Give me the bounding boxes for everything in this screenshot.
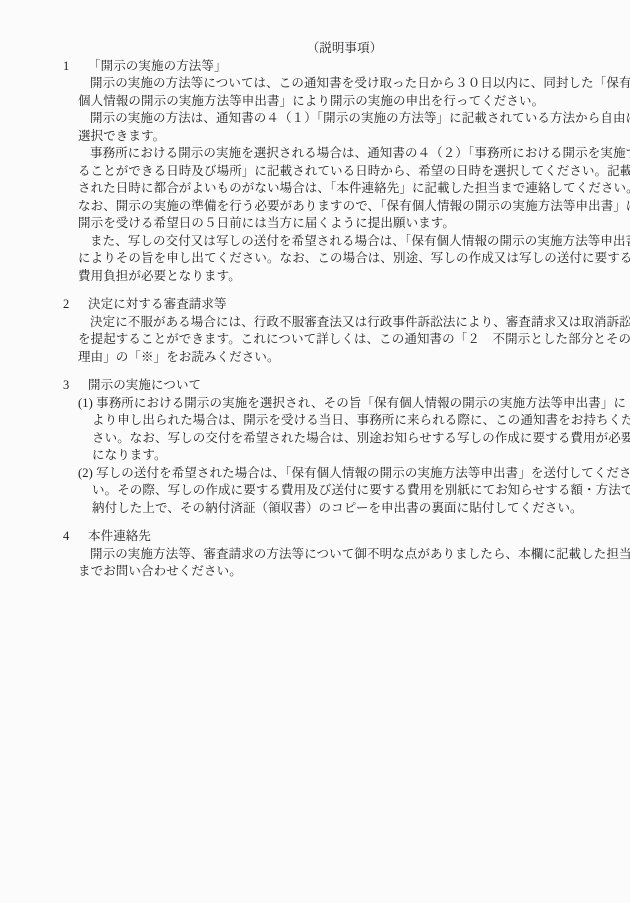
- body-line: 開示の実施の方法は、通知書の４（１）「開示の実施の方法等」に記載されている方法か…: [63, 110, 626, 128]
- section-heading-text: 本件連絡先: [88, 529, 151, 543]
- sections-container: 1「開示の実施の方法等」開示の実施の方法等については、この通知書を受け取った日か…: [63, 58, 626, 581]
- body-line: 開示の実施の方法等については、この通知書を受け取った日から３０日以内に、同封した…: [63, 75, 626, 93]
- section-heading-text: 決定に対する審査請求等: [88, 297, 227, 311]
- body-line: 個人情報の開示の実施方法等申出書」により開示の実施の申出を行ってください。: [63, 93, 626, 111]
- body-line: (2) 写しの送付を希望された場合は、「保有個人情報の開示の実施方法等申出書」を…: [63, 465, 626, 483]
- body-line: 開示を受ける希望日の５日前には当方に届くように提出願います。: [63, 215, 626, 233]
- document-content: （説明事項） 1「開示の実施の方法等」開示の実施の方法等については、この通知書を…: [63, 40, 626, 581]
- section-heading-text: 「開示の実施の方法等」: [88, 59, 227, 73]
- page-title: （説明事項）: [63, 40, 626, 58]
- body-line: を提起することができます。これについて詳しくは、この通知書の「２ 不開示とした部…: [63, 331, 626, 349]
- section-heading: 3開示の実施について: [63, 377, 626, 395]
- document-page: （説明事項） 1「開示の実施の方法等」開示の実施の方法等については、この通知書を…: [0, 0, 630, 903]
- section-number: 4: [63, 528, 88, 546]
- body-line: 事務所における開示の実施を選択される場合は、通知書の４（２）「事務所における開示…: [63, 145, 626, 163]
- body-line: なお、開示の実施の準備を行う必要がありますので、「保有個人情報の開示の実施方法等…: [63, 198, 626, 216]
- section-number: 2: [63, 296, 88, 314]
- body-line: までお問い合わせください。: [63, 563, 626, 581]
- body-line: (1) 事務所における開示の実施を選択され、その旨「保有個人情報の開示の実施方法…: [63, 395, 626, 413]
- section-number: 1: [63, 58, 88, 76]
- body-line: 納付した上で、その納付済証（領収書）のコピーを申出書の裏面に貼付してください。: [63, 500, 626, 518]
- section-heading: 4本件連絡先: [63, 528, 626, 546]
- body-line: された日時に都合がよいものがない場合は、「本件連絡先」に記載した担当まで連絡して…: [63, 180, 626, 198]
- body-line: また、写しの交付又は写しの送付を希望される場合は、「保有個人情報の開示の実施方法…: [63, 233, 626, 251]
- body-line: さい。なお、写しの交付を希望された場合は、別途お知らせする写しの作成に要する費用…: [63, 430, 626, 448]
- body-line: 理由」の「※」をお読みください。: [63, 349, 626, 367]
- body-line: 決定に不服がある場合には、行政不服審査法又は行政事件訴訟法により、審査請求又は取…: [63, 314, 626, 332]
- body-line: によりその旨を申し出てください。なお、この場合は、別途、写しの作成又は写しの送付…: [63, 250, 626, 268]
- body-line: 選択できます。: [63, 128, 626, 146]
- section-heading-text: 開示の実施について: [88, 378, 201, 392]
- section-gap: [63, 285, 626, 296]
- body-line: 費用負担が必要となります。: [63, 268, 626, 286]
- section-heading: 2決定に対する審査請求等: [63, 296, 626, 314]
- body-line: になります。: [63, 447, 626, 465]
- section-heading: 1「開示の実施の方法等」: [63, 58, 626, 76]
- body-line: より申し出られた場合は、開示を受ける当日、事務所に来られる際に、この通知書をお持…: [63, 412, 626, 430]
- section-gap: [63, 517, 626, 528]
- section-number: 3: [63, 377, 88, 395]
- section-gap: [63, 366, 626, 377]
- body-line: 開示の実施方法等、審査請求の方法等について御不明な点がありましたら、本欄に記載し…: [63, 546, 626, 564]
- body-line: ることができる日時及び場所」に記載されている日時から、希望の日時を選択してくださ…: [63, 163, 626, 181]
- body-line: い。その際、写しの作成に要する費用及び送付に要する費用を別紙にてお知らせする額・…: [63, 482, 626, 500]
